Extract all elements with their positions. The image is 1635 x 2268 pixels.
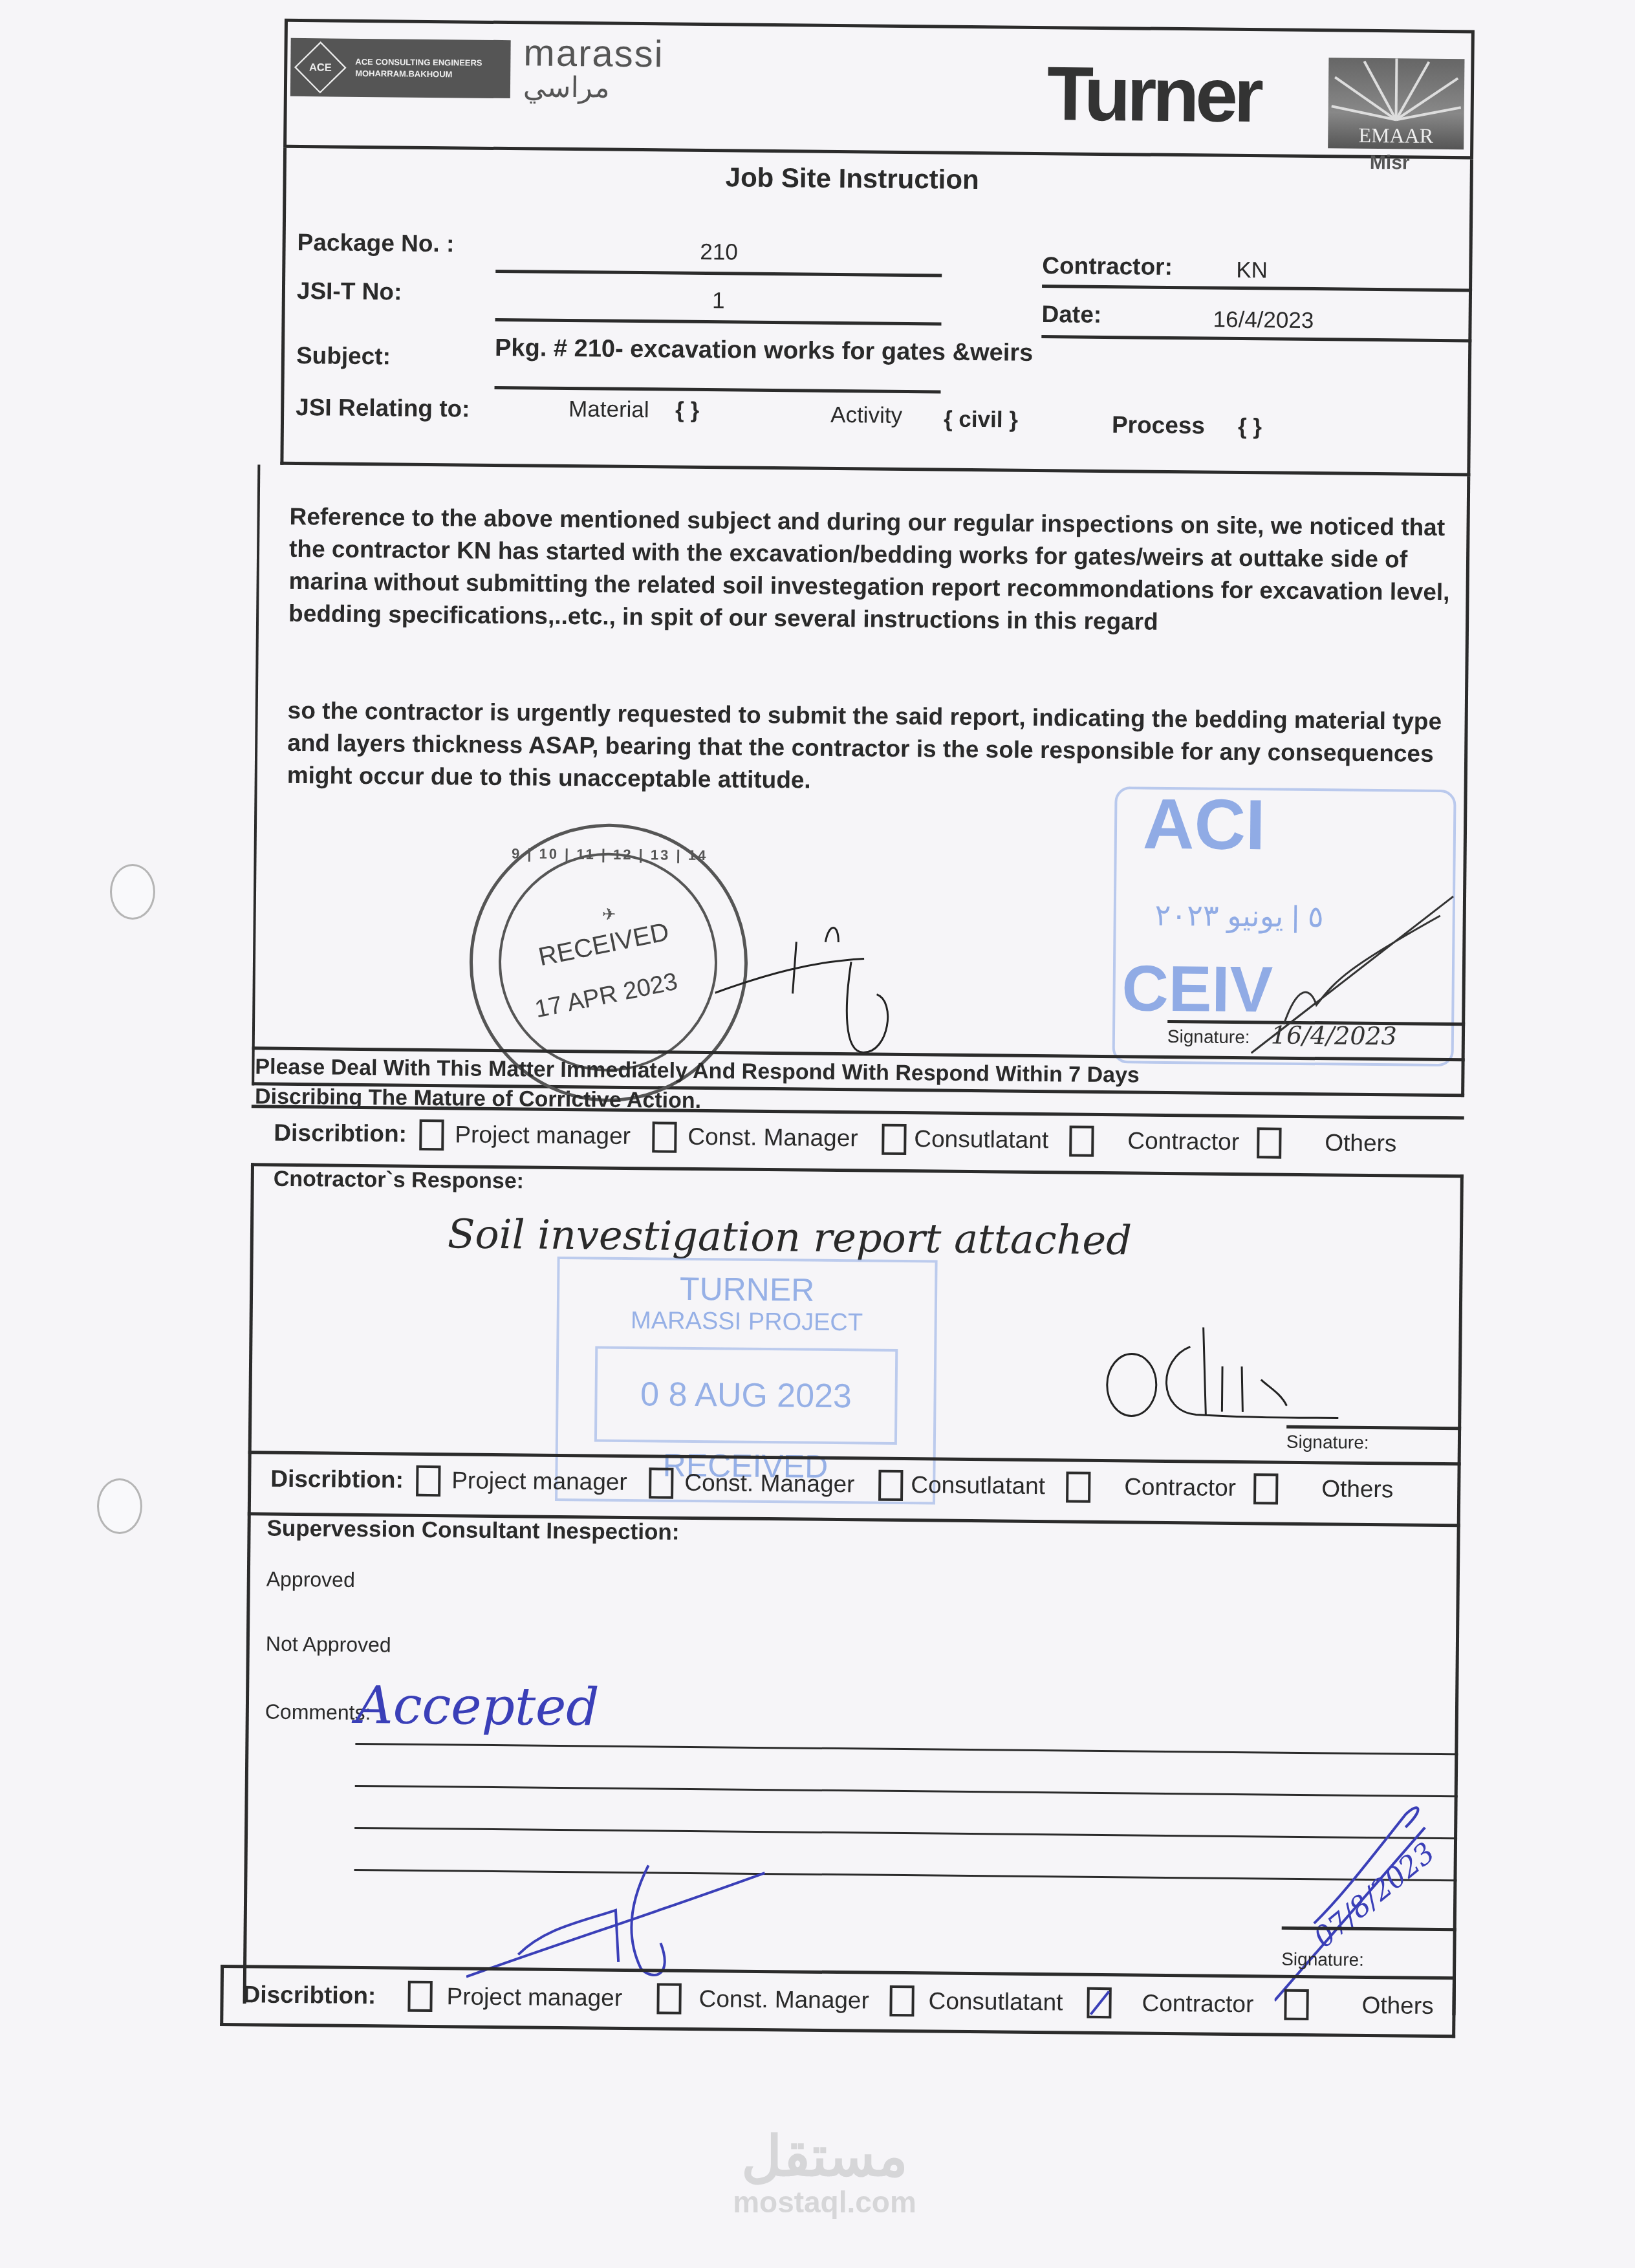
not-approved-option[interactable]: Not Approved [266, 1632, 391, 1658]
ace-line1: ACE CONSULTING ENGINEERS [355, 56, 482, 69]
signature-label-3: Signature: [1281, 1949, 1364, 1971]
supervision-label: Supervession Consultant Inespection: [266, 1516, 679, 1546]
ace-diamond-icon: ACE [294, 41, 347, 94]
contractor-response-label: Cnotractor`s Response: [274, 1167, 525, 1194]
checkbox-project-manager[interactable] [416, 1465, 440, 1496]
instruction-paragraph-1: Reference to the above mentioned subject… [288, 501, 1454, 641]
consultant-signature-mark [714, 922, 935, 1072]
checkbox-project-manager[interactable] [407, 1981, 432, 2012]
package-value[interactable]: 210 [495, 237, 942, 268]
mostaql-watermark: مستقل mostaql.com [718, 2128, 931, 2218]
relating-label: JSI Relating to: [296, 394, 470, 423]
checkbox-consultant[interactable] [882, 1124, 906, 1155]
signature-label-1: Signature: [1167, 1026, 1250, 1048]
check-mark-icon [1089, 1990, 1110, 2017]
date-value[interactable]: 16/4/2023 [1213, 307, 1314, 334]
date-label: Date: [1041, 301, 1101, 329]
contractor-signature [1092, 1320, 1352, 1420]
contractor-value[interactable]: KN [1236, 257, 1268, 283]
approved-option[interactable]: Approved [266, 1568, 355, 1592]
checkbox-const-manager[interactable] [649, 1467, 673, 1498]
checkbox-contractor[interactable] [1069, 1125, 1094, 1156]
signature-date-1: 16/4/2023 [1271, 1021, 1397, 1050]
checkbox-const-manager[interactable] [652, 1121, 677, 1152]
checkbox-const-manager[interactable] [656, 1983, 681, 2014]
signature-label-2: Signature: [1286, 1432, 1369, 1453]
subject-value[interactable]: Pkg. # 210- excavation works for gates &… [495, 334, 1034, 367]
job-site-instruction-form: ACE ACE CONSULTING ENGINEERS MOHARRAM.BA… [214, 18, 1475, 2009]
material-label: Material [568, 396, 649, 423]
ace-line2: MOHARRAM.BAKHOUM [355, 68, 482, 81]
checkbox-consultant[interactable] [878, 1470, 903, 1501]
jsi-value[interactable]: 1 [495, 286, 942, 316]
contractor-response-text[interactable]: Soil investigation report attached [448, 1210, 1132, 1264]
contractor-label: Contractor: [1042, 252, 1173, 281]
stamp-ring-numbers: 9 | 10 | 11 | 12 | 13 | 14 [473, 845, 745, 865]
jsi-label: JSI-T No: [297, 277, 402, 306]
checkbox-others[interactable] [1257, 1127, 1281, 1158]
activity-value[interactable]: { civil } [944, 407, 1018, 433]
emaar-logo: EMAAR [1328, 58, 1464, 149]
punch-hole [110, 864, 155, 920]
airplane-icon: ✈ [473, 903, 745, 926]
material-value[interactable]: { } [675, 398, 699, 424]
checkbox-others[interactable] [1284, 1989, 1308, 2020]
distribution-row-3: Discribtion: Project manager Const. Mana… [220, 1965, 1456, 2038]
checkbox-contractor-checked[interactable] [1087, 1987, 1111, 2018]
checkbox-consultant[interactable] [889, 1985, 914, 2016]
checkbox-contractor[interactable] [1066, 1471, 1090, 1502]
distribution-label: Discribtion: [274, 1119, 407, 1148]
process-label: Process [1112, 411, 1205, 439]
subject-label: Subject: [296, 342, 391, 370]
activity-label: Activity [830, 402, 902, 429]
package-label: Package No. : [297, 229, 454, 257]
supervisor-signature-left [466, 1851, 830, 1983]
marassi-logo: marassi مراسي [523, 34, 664, 103]
process-value[interactable]: { } [1238, 414, 1262, 440]
checkbox-project-manager[interactable] [419, 1119, 444, 1150]
sunburst-icon [1328, 58, 1465, 124]
turner-logo: Turner [1046, 58, 1260, 131]
comments-text[interactable]: Accepted [356, 1675, 600, 1738]
distribution-row-2: Discribtion: Project manager Const. Mana… [248, 1451, 1461, 1524]
punch-hole [97, 1478, 142, 1534]
checkbox-others[interactable] [1253, 1473, 1278, 1504]
ace-logo: ACE ACE CONSULTING ENGINEERS MOHARRAM.BA… [290, 38, 511, 98]
